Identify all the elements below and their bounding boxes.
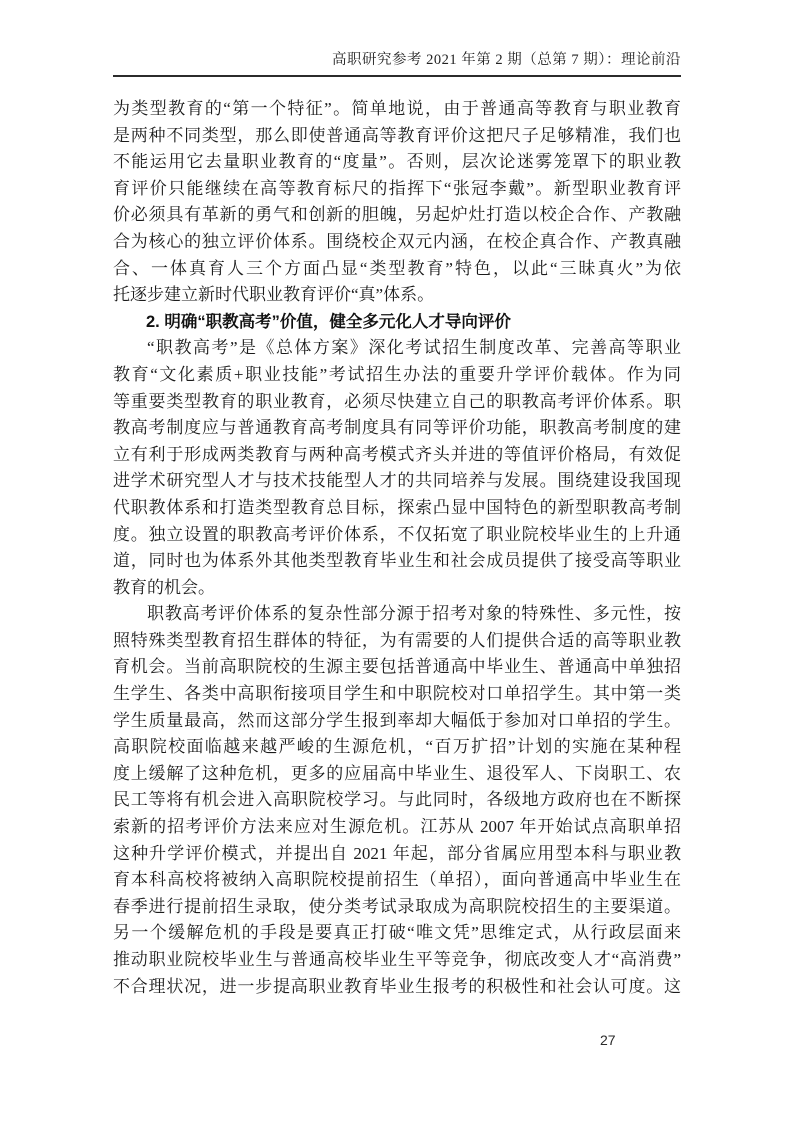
paragraph-vocational-gaokao-value: “职教高考”是《总体方案》深化考试招生制度改革、完善高等职业教育“文化素质+职业… [113,335,681,601]
text-line: 教育“文化素质+职业技能”考试招生办法的重要升学评价载体。作为同 [113,362,681,389]
text-line: 高职院校面临越来越严峻的生源危机，“百万扩招”计划的实施在某种程 [113,734,681,761]
text-line: 进学术研究型人才与技术技能型人才的共同培养与发展。围绕建设我国现 [113,468,681,495]
page-header: 高职研究参考 2021 年第 2 期（总第 7 期）：理论前沿 [113,51,681,69]
document-page: 高职研究参考 2021 年第 2 期（总第 7 期）：理论前沿 为类型教育的“第… [0,0,794,1123]
text-line: 度上缓解了这种危机，更多的应届高中毕业生、退役军人、下岗职工、农 [113,761,681,788]
text-line: “职教高考”是《总体方案》深化考试招生制度改革、完善高等职业 [113,335,681,362]
text-line: 不能运用它去量职业教育的“度量”。否则，层次论迷雾笼罩下的职业教 [113,149,681,176]
text-line: 教育的机会。 [113,575,681,602]
text-line: 为类型教育的“第一个特征”。简单地说，由于普通高等教育与职业教育 [113,96,681,123]
text-line: 推动职业院校毕业生与普通高校毕业生平等竞争，彻底改变人才“高消费” [113,947,681,974]
text-line: 是两种不同类型，那么即使普通高等教育评价这把尺子足够精准，我们也 [113,123,681,150]
section-heading: 2. 明确“职教高考”价值，健全多元化人才导向评价 [113,309,681,336]
text-line: 道，同时也为体系外其他类型教育毕业生和社会成员提供了接受高等职业 [113,548,681,575]
text-line: 育机会。当前高职院校的生源主要包括普通高中毕业生、普通高中单独招 [113,654,681,681]
header-rule [113,75,681,77]
text-line: 教高考制度应与普通教育高考制度具有同等评价功能，职教高考制度的建 [113,415,681,442]
paragraph-continued-from-previous-page: 为类型教育的“第一个特征”。简单地说，由于普通高等教育与职业教育是两种不同类型，… [113,96,681,309]
text-line: 托逐步建立新时代职业教育评价“真”体系。 [113,282,681,309]
text-line: 育评价只能继续在高等教育标尺的指挥下“张冠李戴”。新型职业教育评 [113,176,681,203]
text-line: 代职教体系和打造类型教育总目标，探索凸显中国特色的新型职教高考制 [113,495,681,522]
paragraph-enrollment-crisis: 职教高考评价体系的复杂性部分源于招考对象的特殊性、多元性，按照特殊类型教育招生群… [113,601,681,1000]
page-number: 27 [600,1032,660,1048]
text-line: 价必须具有革新的勇气和创新的胆魄，另起炉灶打造以校企合作、产教融 [113,202,681,229]
text-line: 生学生、各类中高职衔接项目学生和中职院校对口单招学生。其中第一类 [113,681,681,708]
text-line: 民工等将有机会进入高职院校学习。与此同时，各级地方政府也在不断探 [113,787,681,814]
text-line: 学生质量最高，然而这部分学生报到率却大幅低于参加对口单招的学生。 [113,708,681,735]
text-line: 不合理状况，进一步提高职业教育毕业生报考的积极性和社会认可度。这 [113,974,681,1001]
text-line: 职教高考评价体系的复杂性部分源于招考对象的特殊性、多元性，按 [113,601,681,628]
text-line: 春季进行提前招生录取，使分类考试录取成为高职院校招生的主要渠道。 [113,894,681,921]
text-line: 照特殊类型教育招生群体的特征，为有需要的人们提供合适的高等职业教 [113,628,681,655]
text-line: 另一个缓解危机的手段是要真正打破“唯文凭”思维定式，从行政层面来 [113,920,681,947]
text-line: 索新的招考评价方法来应对生源危机。江苏从 2007 年开始试点高职单招 [113,814,681,841]
text-line: 等重要类型教育的职业教育，必须尽快建立自己的职教高考评价体系。职 [113,389,681,416]
journal-header-text: 高职研究参考 2021 年第 2 期（总第 7 期）：理论前沿 [332,52,681,68]
text-line: 合、一体真育人三个方面凸显“类型教育”特色，以此“三昧真火”为依 [113,256,681,283]
text-line: 合为核心的独立评价体系。围绕校企双元内涵，在校企真合作、产教真融 [113,229,681,256]
article-body: 为类型教育的“第一个特征”。简单地说，由于普通高等教育与职业教育是两种不同类型，… [113,96,681,1000]
text-line: 立有利于形成两类教育与两种高考模式齐头并进的等值评价格局，有效促 [113,442,681,469]
text-line: 育本科高校将被纳入高职院校提前招生（单招），面向普通高中毕业生在 [113,867,681,894]
text-line: 这种升学评价模式，并提出自 2021 年起，部分省属应用型本科与职业教 [113,841,681,868]
text-line: 度。独立设置的职教高考评价体系，不仅拓宽了职业院校毕业生的上升通 [113,522,681,549]
